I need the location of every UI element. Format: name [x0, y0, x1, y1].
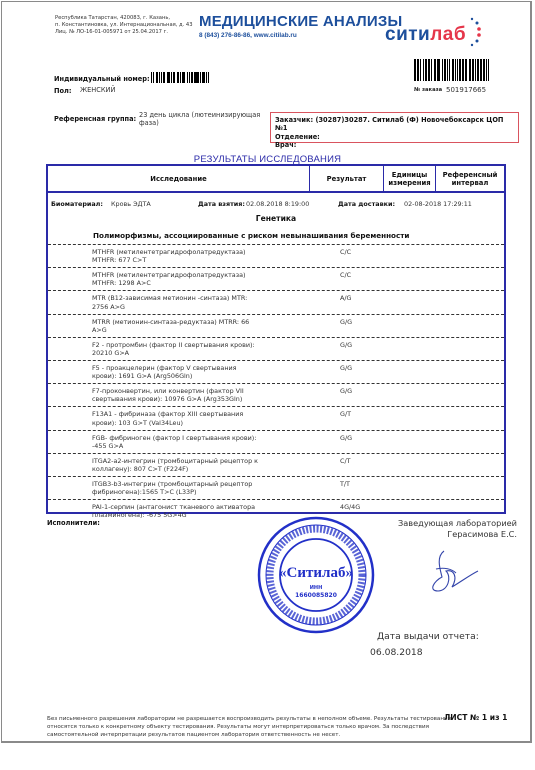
- executors-label: Исполнители:: [47, 519, 100, 527]
- stamp-inn: 1660085820: [295, 592, 337, 599]
- test-result: G/T: [340, 410, 351, 418]
- delivery-date-label: Дата доставки:: [338, 200, 395, 208]
- test-result: T/T: [340, 480, 350, 488]
- test-result: A/G: [340, 294, 351, 302]
- table-row: F13A1 - фибриназа (фактор XIII свертыван…: [48, 406, 504, 429]
- biomaterial-value: Кровь ЭДТА: [111, 200, 151, 208]
- disclaimer: Без письменного разрешения лаборатории н…: [47, 715, 467, 739]
- license-line: Лиц. № ЛО-16-01-005971 от 25.04.2017 г.: [55, 29, 193, 36]
- stamp-inn-label: ИНН: [310, 585, 323, 591]
- test-result: G/G: [340, 318, 352, 326]
- reference-group-label: Референсная группа:: [54, 115, 136, 123]
- subsection-title: Полиморфизмы, ассоциированные с риском н…: [93, 231, 409, 240]
- brand-title: МЕДИЦИНСКИЕ АНАЛИЗЫ: [199, 13, 402, 30]
- test-name: F13A1 - фибриназа (фактор XIII свертыван…: [92, 410, 262, 426]
- table-row: MTHFR (метилентетрагидрофолатредуктаза) …: [48, 244, 504, 267]
- address-line: п. Константиновка, ул. Интернациональная…: [55, 22, 193, 29]
- section-title: Генетика: [48, 214, 504, 223]
- report-sheet: Республика Татарстан, 420083, г. Казань,…: [1, 1, 532, 743]
- issue-date: 06.08.2018: [370, 647, 423, 658]
- table-row: F5 - проакцелерин (фактор V свертывания …: [48, 360, 504, 383]
- logo-part-1: сити: [385, 24, 430, 45]
- table-row: FGB- фибриноген (фактор I свертывания кр…: [48, 430, 504, 453]
- test-result: C/C: [340, 271, 351, 279]
- table-header: Исследование Результат Единицы измерения…: [48, 166, 504, 193]
- delivery-date-value: 02-08-2018 17:29:11: [404, 200, 472, 208]
- results-rows: MTHFR (метилентетрагидрофолатредуктаза) …: [48, 244, 504, 522]
- test-name: ITGA2-a2-интегрин (тромбоцитарный рецепт…: [92, 457, 262, 473]
- lab-address: Республика Татарстан, 420083, г. Казань,…: [55, 15, 193, 36]
- brand-contacts: 8 (843) 276-86-86, www.citilab.ru: [199, 32, 297, 39]
- test-name: PAI-1-серпин (антагонист тканевого актив…: [92, 503, 262, 519]
- taken-date-value: 02.08.2018 8:19:00: [246, 200, 309, 208]
- column-header-result: Результат: [309, 166, 383, 191]
- signature-icon: [422, 547, 482, 597]
- logo-dots-icon: [467, 16, 483, 48]
- test-result: G/G: [340, 341, 352, 349]
- test-result: G/G: [340, 434, 352, 442]
- table-row: F2 - протромбин (фактор II свертывания к…: [48, 337, 504, 360]
- test-name: ITGB3-b3-интегрин (тромбоцитарный рецепт…: [92, 480, 262, 496]
- column-header-test: Исследование: [48, 166, 309, 191]
- table-row: MTRR (метионин-синтаза-редуктаза) MTRR: …: [48, 314, 504, 337]
- order-number-label: № заказа: [414, 87, 442, 93]
- stamp-name: «Ситилаб»: [279, 565, 353, 581]
- test-name: MTR (B12-зависимая метионин -синтаза) MT…: [92, 294, 262, 310]
- results-table: Исследование Результат Единицы измерения…: [46, 164, 506, 514]
- test-result: G/G: [340, 364, 352, 372]
- test-result: 4G/4G: [340, 503, 360, 511]
- logo-part-2: лаб: [430, 24, 466, 45]
- column-header-units: Единицы измерения: [383, 166, 435, 191]
- order-barcode: [414, 59, 494, 81]
- test-name: MTRR (метионин-синтаза-редуктаза) MTRR: …: [92, 318, 262, 334]
- customer-box: Заказчик: (30287)30287. Ситилаб (Ф) Ново…: [270, 112, 519, 143]
- test-result: C/T: [340, 457, 351, 465]
- table-row: ITGB3-b3-интегрин (тромбоцитарный рецепт…: [48, 476, 504, 499]
- order-number: 501917665: [446, 86, 486, 94]
- department-line: Отделение:: [275, 133, 514, 141]
- test-result: G/G: [340, 387, 352, 395]
- doctor-line: Врач:: [275, 141, 514, 149]
- individual-number-label: Индивидуальный номер:: [54, 75, 150, 83]
- test-name: FGB- фибриноген (фактор I свертывания кр…: [92, 434, 262, 450]
- table-row: MTR (B12-зависимая метионин -синтаза) MT…: [48, 290, 504, 313]
- test-name: F2 - протромбин (фактор II свертывания к…: [92, 341, 262, 357]
- taken-date-label: Дата взятия:: [198, 200, 245, 208]
- test-result: C/C: [340, 248, 351, 256]
- sheet-number: ЛИСТ № 1 из 1: [444, 713, 507, 722]
- sex-value: ЖЕНСКИЙ: [80, 86, 115, 94]
- test-name: MTHFR (метилентетрагидрофолатредуктаза) …: [92, 271, 262, 287]
- citilab-logo: ситилаб: [385, 24, 466, 46]
- table-row: ITGA2-a2-интегрин (тромбоцитарный рецепт…: [48, 453, 504, 476]
- table-row: F7-проконвертин, или конвертин (фактор V…: [48, 383, 504, 406]
- test-name: MTHFR (метилентетрагидрофолатредуктаза) …: [92, 248, 262, 264]
- address-line: Республика Татарстан, 420083, г. Казань,: [55, 15, 193, 22]
- test-name: F7-проконвертин, или конвертин (фактор V…: [92, 387, 262, 403]
- test-name: F5 - проакцелерин (фактор V свертывания …: [92, 364, 262, 380]
- reference-group-value: 23 день цикла (лютеинизирующая фаза): [139, 111, 269, 127]
- issue-date-label: Дата выдачи отчета:: [377, 631, 479, 642]
- individual-number-barcode: [151, 72, 215, 83]
- lab-stamp-icon: «Ситилаб» ИНН 1660085820: [256, 515, 376, 635]
- sex-label: Пол:: [54, 87, 72, 95]
- table-row: MTHFR (метилентетрагидрофолатредуктаза) …: [48, 267, 504, 290]
- customer-line: Заказчик: (30287)30287. Ситилаб (Ф) Ново…: [275, 116, 514, 133]
- biomaterial-label: Биоматериал:: [51, 200, 103, 208]
- column-header-reference: Референсный интервал: [435, 166, 504, 191]
